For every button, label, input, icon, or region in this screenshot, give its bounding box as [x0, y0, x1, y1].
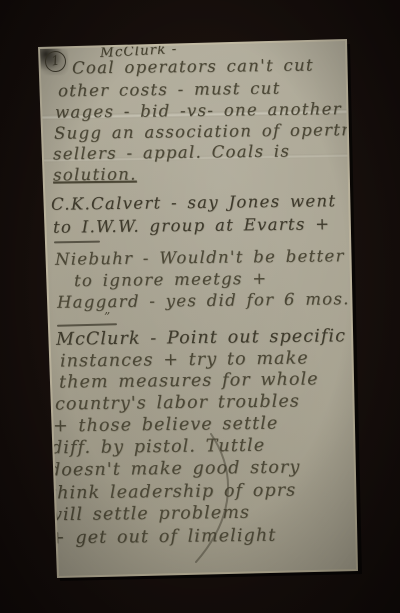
- handwritten-line: to ignore meetgs +: [74, 269, 268, 290]
- handwritten-line: them measures for whole: [59, 369, 319, 392]
- handwritten-line: Niebuhr - Wouldn't be better: [55, 246, 345, 269]
- pencil-rule: [57, 323, 117, 327]
- handwritten-line: will settle problems: [47, 503, 250, 525]
- handwritten-line: country's labor troubles: [55, 392, 300, 415]
- handwritten-line: Sugg an association of opertr: [54, 120, 351, 143]
- handwritten-line: Haggard - yes did for 6 mos.: [57, 289, 350, 312]
- handwritten-line: solution.: [53, 164, 137, 184]
- note-photo: 1 McClurk - Coal operators can't cut oth…: [0, 0, 400, 613]
- circled-page-number: 1: [44, 50, 68, 74]
- handwritten-text: 1 McClurk - Coal operators can't cut oth…: [0, 0, 400, 613]
- handwritten-line: to I.W.W. group at Evarts +: [53, 214, 331, 236]
- pencil-rule: [54, 241, 100, 244]
- handwritten-line: other costs - must cut: [58, 79, 281, 101]
- paper: 1 McClurk - Coal operators can't cut oth…: [0, 0, 400, 613]
- tick-marks: ”: [104, 310, 110, 324]
- handwritten-line: diff. by pistol. Tuttle: [51, 436, 265, 459]
- handwritten-line: think leadership of oprs: [49, 480, 297, 503]
- handwritten-line: sellers - appal. Coals is: [53, 142, 290, 164]
- handwritten-line: wages - bid -vs- one another: [55, 99, 342, 122]
- handwritten-line: instances + try to make: [60, 348, 309, 371]
- handwritten-line: Coal operators can't cut: [72, 56, 314, 78]
- handwritten-line: doesn't make good story: [49, 457, 301, 480]
- handwritten-line: McClurk - Point out specific: [56, 326, 346, 350]
- handwritten-line: + get out of limelight: [50, 526, 277, 549]
- handwritten-line: C.K.Calvert - say Jones went: [51, 191, 337, 213]
- handwritten-line: + those believe settle: [53, 414, 279, 437]
